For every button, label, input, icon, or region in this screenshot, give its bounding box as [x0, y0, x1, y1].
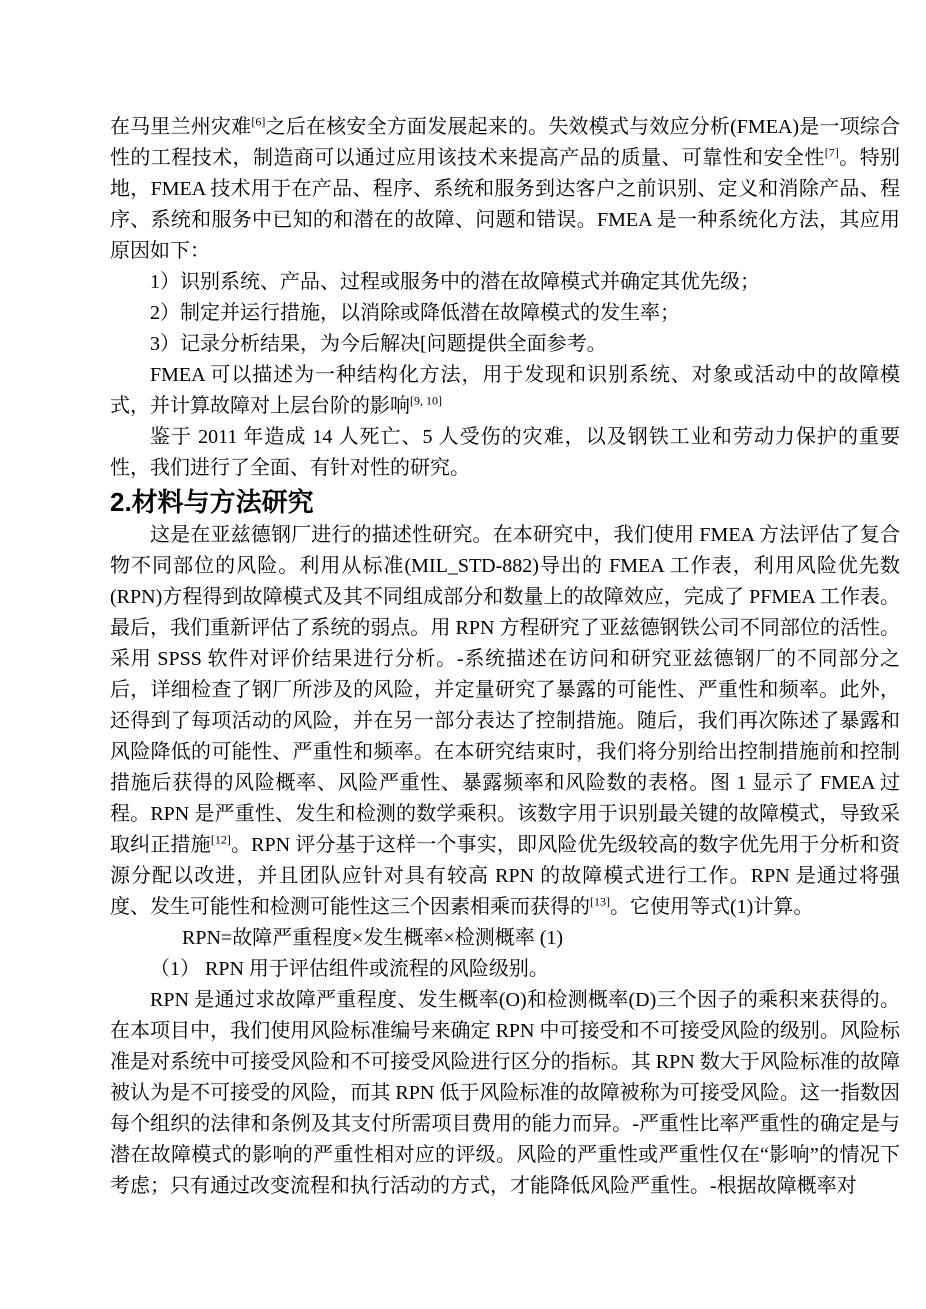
document-body: 在马里兰州灾难[6]之后在核安全方面发展起来的。失效模式与效应分析(FMEA)是… [110, 112, 900, 1202]
fmea-description-paragraph: FMEA 可以描述为一种结构化方法，用于发现和识别系统、对象或活动中的故障模式，… [110, 360, 900, 422]
list-item-2: 2）制定并运行措施，以消除或降低潜在故障模式的发生率； [110, 298, 900, 329]
rpn-explanation-paragraph: RPN 是通过求故障严重程度、发生概率(O)和检测概率(D)三个因子的乘积来获得… [110, 985, 900, 1202]
citation-superscript: [13] [590, 894, 610, 908]
list-item-1: 1）识别系统、产品、过程或服务中的潜在故障模式并确定其优先级； [110, 267, 900, 298]
list-item-3: 3）记录分析结果，为今后解决[问题提供全面参考。 [110, 329, 900, 360]
rpn-equation: RPN=故障严重程度×发生概率×检测概率 (1) [110, 923, 900, 954]
citation-superscript: [12] [211, 832, 231, 846]
section-heading-materials-methods: 2.材料与方法研究 [110, 484, 900, 520]
methods-paragraph: 这是在亚兹德钢厂进行的描述性研究。在本研究中，我们使用 FMEA 方法评估了复合… [110, 520, 900, 923]
citation-superscript: [7] [825, 145, 839, 159]
motivation-paragraph: 鉴于 2011 年造成 14 人死亡、5 人受伤的灾难，以及钢铁工业和劳动力保护… [110, 422, 900, 484]
citation-superscript: [6] [251, 114, 265, 128]
citation-superscript: [9, 10] [410, 393, 442, 407]
rpn-equation-note: （1） RPN 用于评估组件或流程的风险级别。 [110, 954, 900, 985]
document-page: 在马里兰州灾难[6]之后在核安全方面发展起来的。失效模式与效应分析(FMEA)是… [0, 0, 926, 1309]
intro-paragraph: 在马里兰州灾难[6]之后在核安全方面发展起来的。失效模式与效应分析(FMEA)是… [110, 112, 900, 267]
